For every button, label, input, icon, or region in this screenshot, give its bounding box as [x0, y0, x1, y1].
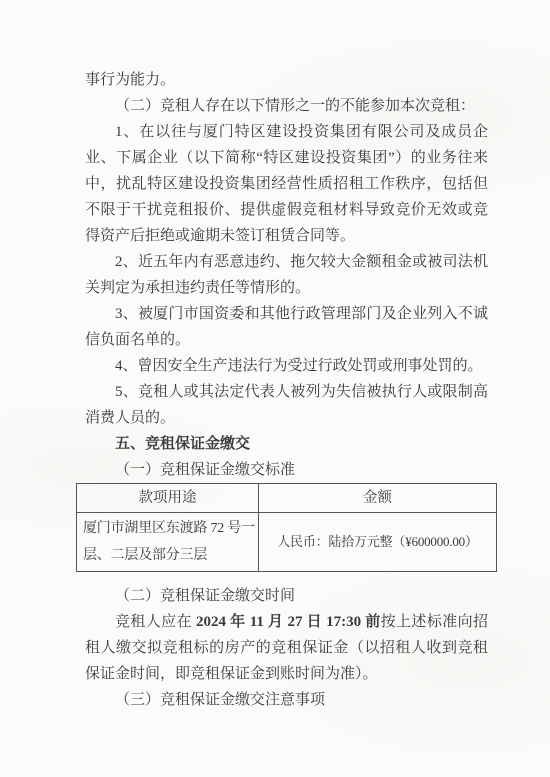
disqualification-item-2: 2、近五年内有恶意违约、拖欠较大金额租金或被司法机关判定为承担违约责任等情形的。 — [85, 249, 488, 301]
disqualification-item-4: 4、曾因安全生产违法行为受过行政处罚或刑事处罚的。 — [85, 353, 488, 379]
section-2-heading: （二）竞租人存在以下情形之一的不能参加本次竞租： — [85, 93, 488, 119]
section-5-sub-3-heading: （三）竞租保证金缴交注意事项 — [85, 687, 488, 713]
disqualification-item-1: 1、在以往与厦门特区建设投资集团有限公司及成员企业、下属企业（以下简称“特区建设… — [85, 119, 488, 249]
deposit-standard-table: 款项用途 金额 厦门市湖里区东渡路 72 号一层、二层及部分三层 人民币：陆拾万… — [76, 483, 497, 572]
scanned-document-page: 事行为能力。 （二）竞租人存在以下情形之一的不能参加本次竞租： 1、在以往与厦门… — [0, 0, 550, 777]
table-header-amount: 金额 — [259, 484, 497, 513]
table-header-row: 款项用途 金额 — [77, 484, 497, 513]
disqualification-item-5: 5、竞租人或其法定代表人被列为失信被执行人或限制高消费人员的。 — [85, 379, 488, 431]
table-header-purpose: 款项用途 — [77, 484, 259, 513]
deadline-prefix: 竞租人应在 — [115, 614, 196, 630]
section-5-sub-1-heading: （一）竞租保证金缴交标准 — [85, 457, 488, 483]
table-cell-purpose: 厦门市湖里区东渡路 72 号一层、二层及部分三层 — [77, 513, 259, 572]
section-5-sub-2-heading: （二）竞租保证金缴交时间 — [85, 583, 488, 609]
deadline-paragraph: 竞租人应在 2024 年 11 月 27 日 17:30 前按上述标准向招租人缴… — [85, 609, 488, 687]
disqualification-item-3: 3、被厦门市国资委和其他行政管理部门及企业列入不诚信负面名单的。 — [85, 301, 488, 353]
section-5-heading: 五、竞租保证金缴交 — [85, 431, 488, 457]
deadline-date: 2024 年 11 月 27 日 17:30 前 — [196, 614, 381, 630]
table-row: 厦门市湖里区东渡路 72 号一层、二层及部分三层 人民币：陆拾万元整（¥6000… — [77, 513, 497, 572]
table-cell-amount: 人民币：陆拾万元整（¥600000.00） — [259, 513, 497, 572]
paragraph-continuation: 事行为能力。 — [85, 67, 488, 93]
document-content: 事行为能力。 （二）竞租人存在以下情形之一的不能参加本次竞租： 1、在以往与厦门… — [85, 67, 488, 713]
